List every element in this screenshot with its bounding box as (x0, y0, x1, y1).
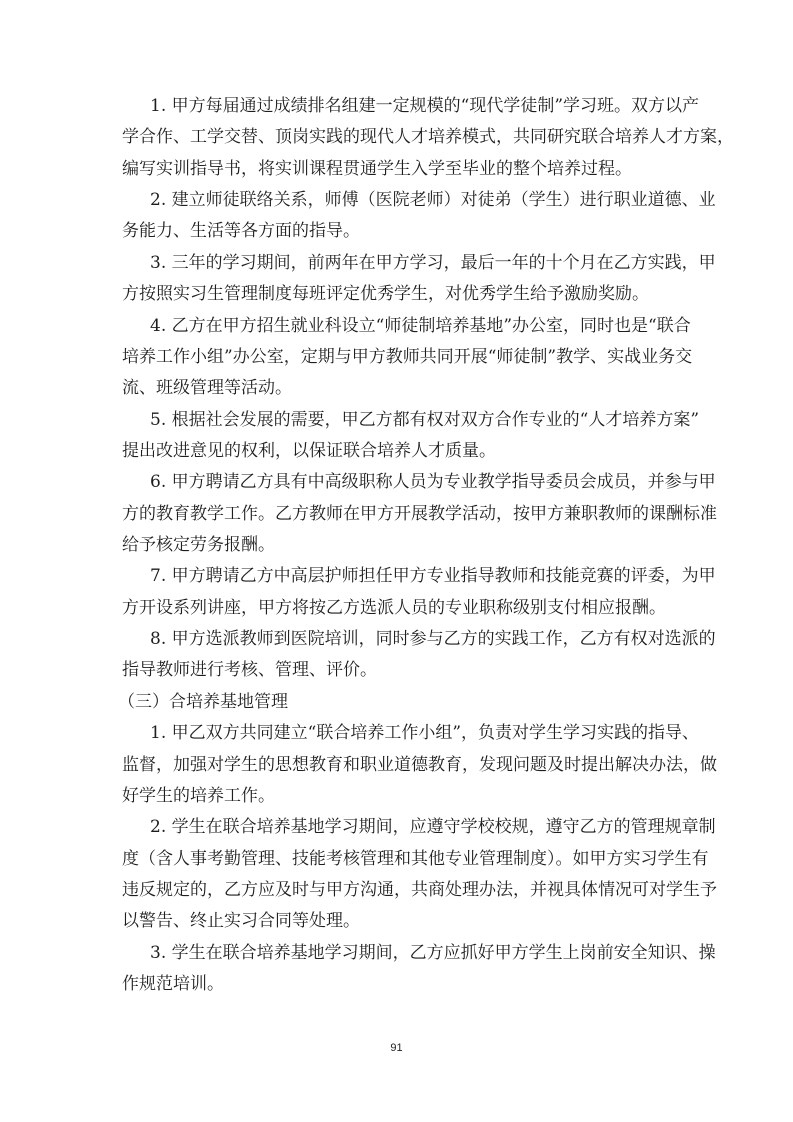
text-line: 方按照实习生管理制度每班评定优秀学生，对优秀学生给予激励奖励。 (122, 279, 674, 310)
text-line: 方开设系列讲座，甲方将按乙方选派人员的专业职称级别支付相应报酬。 (122, 593, 674, 624)
text-line: 违反规定的，乙方应及时与甲方沟通，共商处理办法，并视具体情况可对学生予 (122, 875, 674, 906)
page-number: 91 (0, 1042, 793, 1054)
text-line: 方的教育教学工作。乙方教师在甲方开展教学活动，按甲方兼职教师的课酬标准 (122, 499, 674, 530)
text-line: 8. 甲方选派教师到医院培训，同时参与乙方的实践工作，乙方有权对选派的 (122, 624, 674, 655)
text-line: 7. 甲方聘请乙方中高层护师担任甲方专业指导教师和技能竞赛的评委，为甲 (122, 561, 674, 592)
section-heading: （三）合培养基地管理 (118, 687, 674, 718)
text-line: 度（含人事考勤管理、技能考核管理和其他专业管理制度）。如甲方实习学生有 (122, 844, 674, 875)
text-line: 2. 建立师徒联络关系，师傅（医院老师）对徒弟（学生）进行职业道德、业 (122, 185, 674, 216)
text-line: 6. 甲方聘请乙方具有中高级职称人员为专业教学指导委员会成员，并参与甲 (122, 467, 674, 498)
text-line: 3. 学生在联合培养基地学习期间，乙方应抓好甲方学生上岗前安全知识、操 (122, 938, 674, 969)
text-line: 监督，加强对学生的思想教育和职业道德教育，发现问题及时提出解决办法，做 (122, 750, 674, 781)
document-page: 1. 甲方每届通过成绩排名组建一定规模的“现代学徒制”学习班。双方以产 学合作、… (0, 0, 793, 1122)
document-body: 1. 甲方每届通过成绩排名组建一定规模的“现代学徒制”学习班。双方以产 学合作、… (122, 91, 674, 1000)
text-line: 4. 乙方在甲方招生就业科设立“师徒制培养基地”办公室，同时也是“联合 (122, 311, 674, 342)
text-line: 1. 甲乙双方共同建立“联合培养工作小组”，负责对学生学习实践的指导、 (122, 718, 674, 749)
text-line: 给予核定劳务报酬。 (122, 530, 674, 561)
text-line: 作规范培训。 (122, 969, 674, 1000)
text-line: 2. 学生在联合培养基地学习期间，应遵守学校校规，遵守乙方的管理规章制 (122, 812, 674, 843)
text-line: 1. 甲方每届通过成绩排名组建一定规模的“现代学徒制”学习班。双方以产 (122, 91, 674, 122)
text-line: 5. 根据社会发展的需要，甲乙方都有权对双方合作专业的“人才培养方案” (122, 405, 674, 436)
text-line: 好学生的培养工作。 (122, 781, 674, 812)
text-line: 学合作、工学交替、顶岗实践的现代人才培养模式，共同研究联合培养人才方案， (122, 122, 674, 153)
text-line: 流、班级管理等活动。 (122, 373, 674, 404)
text-line: 3. 三年的学习期间，前两年在甲方学习，最后一年的十个月在乙方实践，甲 (122, 248, 674, 279)
text-line: 编写实训指导书，将实训课程贯通学生入学至毕业的整个培养过程。 (122, 154, 674, 185)
text-line: 培养工作小组”办公室，定期与甲方教师共同开展“师徒制”教学、实战业务交 (122, 342, 674, 373)
text-line: 以警告、终止实习合同等处理。 (122, 906, 674, 937)
text-line: 务能力、生活等各方面的指导。 (122, 216, 674, 247)
text-line: 提出改进意见的权利，以保证联合培养人才质量。 (122, 436, 674, 467)
text-line: 指导教师进行考核、管理、评价。 (122, 655, 674, 686)
